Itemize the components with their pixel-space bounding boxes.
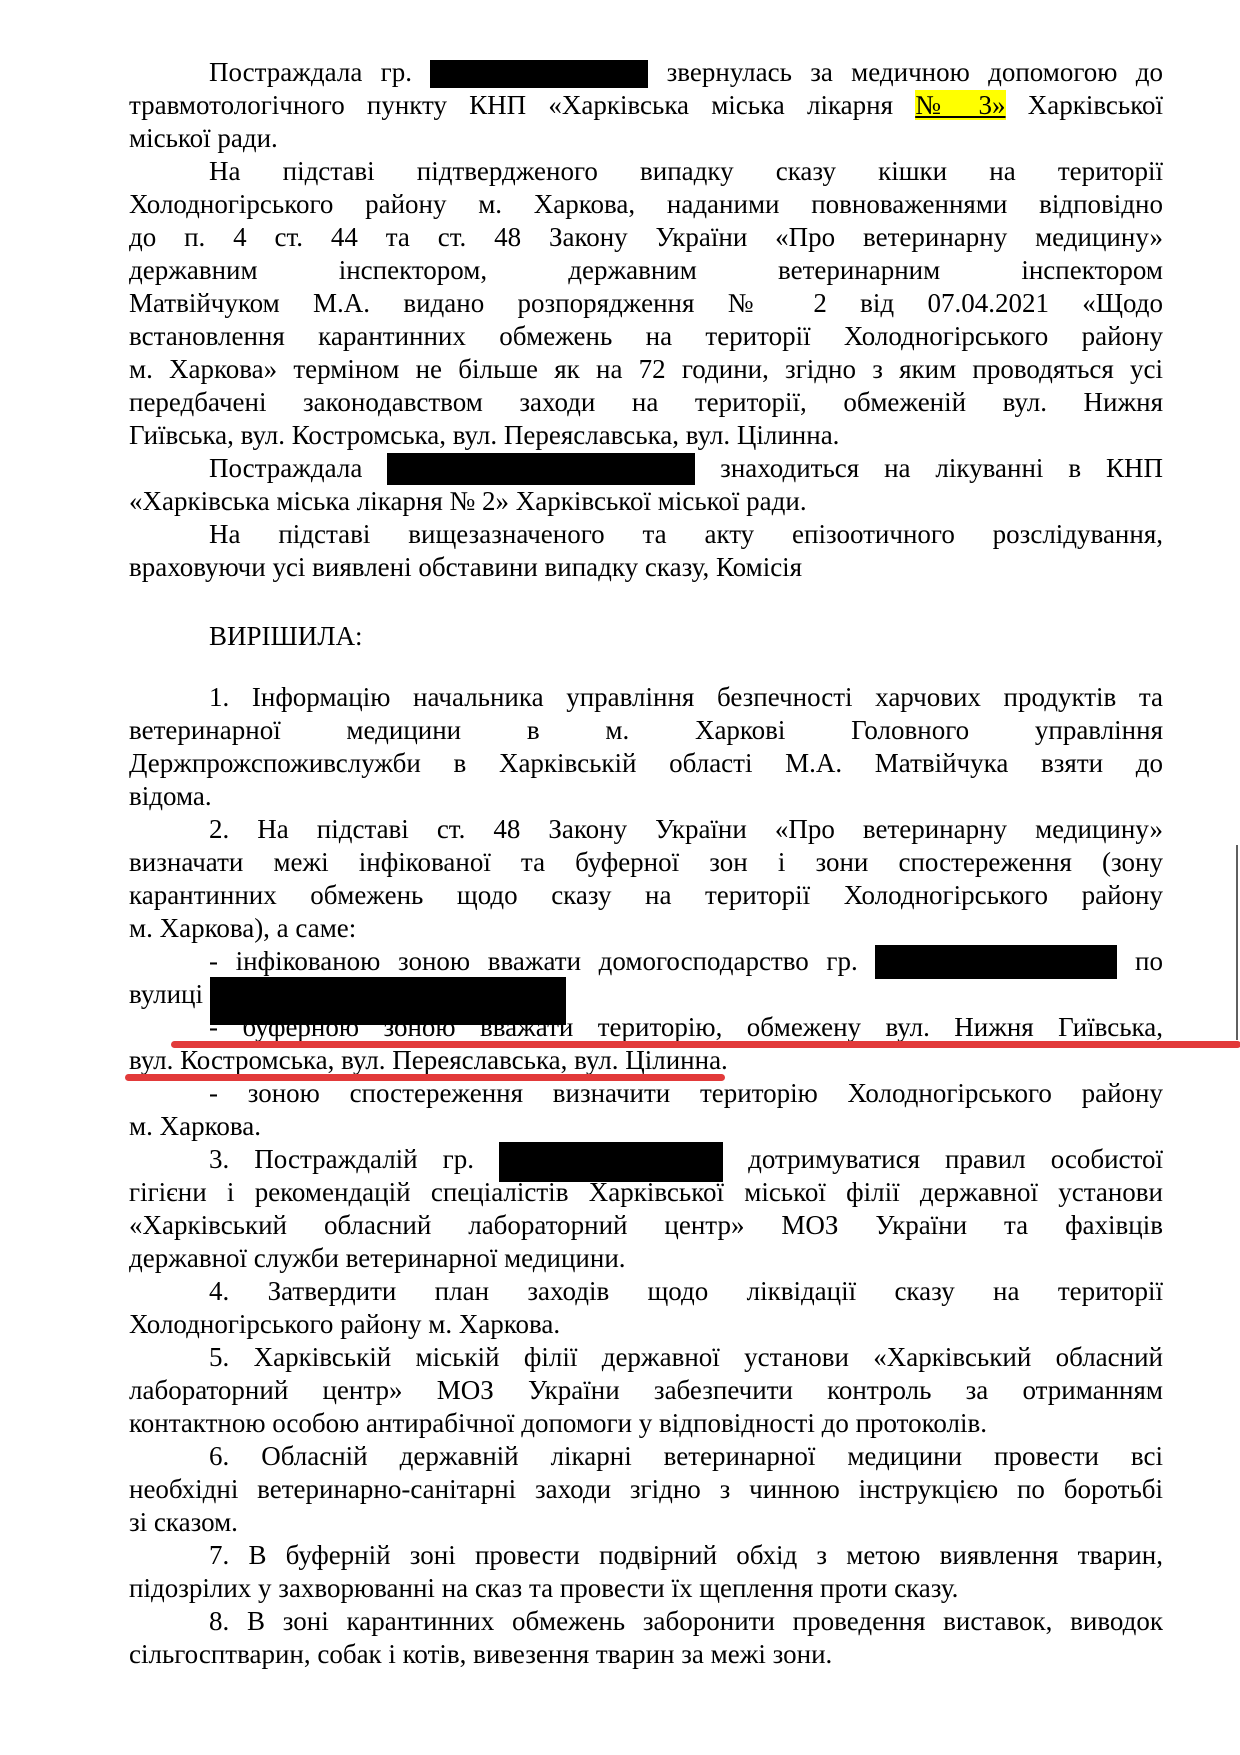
text-line: карантинних обмежень щодо сказу на терит… [129, 879, 1163, 912]
item-7: 7. В буферній зоні провести подвірний об… [129, 1539, 1163, 1605]
text-run: Холодногірського району м. Харкова, нада… [129, 189, 1163, 219]
text-line: передбачені законодавством заходи на тер… [129, 386, 1163, 419]
text-run: ВИРІШИЛА: [209, 621, 363, 651]
text-line: враховуючи усі виявлені обставини випадк… [129, 551, 1163, 584]
text-run: Гиївська, вул. Костромська, вул. Переясл… [129, 420, 839, 450]
text-run: державним інспектором, державним ветерин… [129, 255, 1163, 285]
text-run: травмотологічного пункту КНП «Харківська… [129, 90, 915, 120]
text-run: дотримуватися правил особистої [723, 1144, 1163, 1174]
item-4: 4. Затвердити план заходів щодо ліквідац… [129, 1275, 1163, 1341]
paragraph-victim-treatment: Постраждала знаходиться на лікуванні в К… [129, 452, 1163, 518]
text-line: травмотологічного пункту КНП «Харківська… [129, 89, 1163, 122]
item-2-infected-zone: - інфікованою зоною вважати домогосподар… [129, 945, 1163, 1011]
text-run: до п. 4 ст. 44 та ст. 48 Закону України … [129, 222, 1163, 252]
text-run: 8. В зоні карантинних обмежень заборонит… [209, 1606, 1163, 1636]
text-line: Холодногірського району м. Харкова. [129, 1308, 1163, 1341]
text-run: відома. [129, 781, 212, 811]
text-run: 1. Інформацію начальника управління безп… [209, 682, 1163, 712]
text-line: сільгосптварин, собак і котів, вивезення… [129, 1638, 1163, 1671]
text-run: «Харківський обласний лабораторний центр… [129, 1210, 1163, 1240]
text-line: вулиці [129, 978, 1163, 1011]
text-line: м. Харкова. [129, 1110, 1163, 1143]
text-run: 7. В буферній зоні провести подвірний об… [209, 1540, 1163, 1570]
text-line: - зоною спостереження визначити територі… [129, 1077, 1163, 1110]
text-line: Держпрожспоживслужби в Харківській облас… [129, 747, 1163, 780]
text-line: зі сказом. [129, 1506, 1163, 1539]
text-run: Харківської [1006, 90, 1163, 120]
text-line: м. Харкова» терміном не більше як на 72 … [129, 353, 1163, 386]
text-run: знаходиться на лікуванні в КНП [695, 453, 1163, 483]
redaction-box [387, 453, 695, 485]
text-line: «Харківська міська лікарня № 2» Харківсь… [129, 485, 1163, 518]
text-line: На підставі підтвердженого випадку сказу… [129, 155, 1163, 188]
item-8: 8. В зоні карантинних обмежень заборонит… [129, 1605, 1163, 1671]
text-run: м. Харкова» терміном не більше як на 72 … [129, 354, 1163, 384]
text-line: На підставі вищезазначеного та акту епіз… [129, 518, 1163, 551]
text-line: Постраждала знаходиться на лікуванні в К… [129, 452, 1163, 485]
text-line: встановлення карантинних обмежень на тер… [129, 320, 1163, 353]
text-line: міської ради. [129, 122, 1163, 155]
text-line: визначати межі інфікованої та буферної з… [129, 846, 1163, 879]
text-line: 6. Обласній державній лікарні ветеринарн… [129, 1440, 1163, 1473]
highlighted-text: № 3» [915, 90, 1005, 120]
text-run: лабораторний центр» МОЗ України забезпеч… [129, 1375, 1163, 1405]
redaction-box [875, 945, 1117, 979]
text-line: лабораторний центр» МОЗ України забезпеч… [129, 1374, 1163, 1407]
text-line: гігієни і рекомендацій спеціалістів Харк… [129, 1176, 1163, 1209]
text-line: ветеринарної медицини в м. Харкові Голов… [129, 714, 1163, 747]
text-line: державної служби ветеринарної медицини. [129, 1242, 1163, 1275]
item-2-buffer-zone: - буферною зоною вважати територію, обме… [129, 1011, 1163, 1077]
text-line: контактною особою антирабічної допомоги … [129, 1407, 1163, 1440]
text-run: Постраждала [209, 453, 387, 483]
text-run: сільгосптварин, собак і котів, вивезення… [129, 1639, 832, 1669]
text-run: м. Харкова. [129, 1111, 261, 1141]
text-line: м. Харкова), а саме: [129, 912, 1163, 945]
text-run: необхідні ветеринарно-санітарні заходи з… [129, 1474, 1163, 1504]
text-line-red-underlined: вул. Костромська, вул. Переяславська, ву… [129, 1044, 1163, 1077]
text-line: державним інспектором, державним ветерин… [129, 254, 1163, 287]
text-line: - інфікованою зоною вважати домогосподар… [129, 945, 1163, 978]
text-line: 3. Постраждалій гр. дотримуватися правил… [129, 1143, 1163, 1176]
text-run: 5. Харківській міській філії державної у… [209, 1342, 1163, 1372]
document-page: Постраждала гр. звернулась за медичною д… [0, 0, 1240, 1755]
item-6: 6. Обласній державній лікарні ветеринарн… [129, 1440, 1163, 1539]
redaction-box [430, 60, 648, 88]
text-line: Гиївська, вул. Костромська, вул. Переясл… [129, 419, 1163, 452]
text-run: Держпрожспоживслужби в Харківській облас… [129, 748, 1163, 778]
text-line: підозрілих у захворюванні на сказ та про… [129, 1572, 1163, 1605]
paragraph-basis-order: На підставі підтвердженого випадку сказу… [129, 155, 1163, 452]
text-line-red-underlined: - буферною зоною вважати територію, обме… [129, 1011, 1163, 1044]
text-run: карантинних обмежень щодо сказу на терит… [129, 880, 1163, 910]
text-run: передбачені законодавством заходи на тер… [129, 387, 1163, 417]
text-line: 2. На підставі ст. 48 Закону України «Пр… [129, 813, 1163, 846]
paragraph-intro-victim: Постраждала гр. звернулась за медичною д… [129, 56, 1163, 155]
text-run: - буферною зоною вважати територію, обме… [209, 1012, 1163, 1042]
text-line: до п. 4 ст. 44 та ст. 48 Закону України … [129, 221, 1163, 254]
text-line: 7. В буферній зоні провести подвірний об… [129, 1539, 1163, 1572]
text-line: 4. Затвердити план заходів щодо ліквідац… [129, 1275, 1163, 1308]
text-run: 4. Затвердити план заходів щодо ліквідац… [209, 1276, 1163, 1306]
paragraph-commission: На підставі вищезазначеного та акту епіз… [129, 518, 1163, 584]
text-run: визначати межі інфікованої та буферної з… [129, 847, 1163, 877]
text-line: Матвійчуком М.А. видано розпорядження № … [129, 287, 1163, 320]
text-line: 8. В зоні карантинних обмежень заборонит… [129, 1605, 1163, 1638]
text-run: міської ради. [129, 123, 278, 153]
text-line: Постраждала гр. звернулась за медичною д… [129, 56, 1163, 89]
text-line: 5. Харківській міській філії державної у… [129, 1341, 1163, 1374]
text-run: враховуючи усі виявлені обставини випадк… [129, 552, 802, 582]
decision-heading: ВИРІШИЛА: [129, 620, 1163, 653]
text-run: «Харківська міська лікарня № 2» Харківсь… [129, 486, 807, 516]
text-line: 1. Інформацію начальника управління безп… [129, 681, 1163, 714]
text-run: встановлення карантинних обмежень на тер… [129, 321, 1163, 351]
text-run: контактною особою антирабічної допомоги … [129, 1408, 987, 1438]
text-line: Холодногірського району м. Харкова, нада… [129, 188, 1163, 221]
text-line: ВИРІШИЛА: [129, 620, 1163, 653]
text-line: «Харківський обласний лабораторний центр… [129, 1209, 1163, 1242]
text-run: 3. Постраждалій гр. [209, 1144, 499, 1174]
scan-edge-artifact-line [1236, 845, 1238, 1040]
item-1: 1. Інформацію начальника управління безп… [129, 681, 1163, 813]
text-run: по [1117, 946, 1163, 976]
text-line: відома. [129, 780, 1163, 813]
text-run: 2. На підставі ст. 48 Закону України «Пр… [209, 814, 1163, 844]
item-2: 2. На підставі ст. 48 Закону України «Пр… [129, 813, 1163, 945]
text-run: м. Харкова), а саме: [129, 913, 356, 943]
text-run: Постраждала гр. [209, 57, 430, 87]
text-run: Матвійчуком М.А. видано розпорядження № … [129, 288, 1163, 318]
text-block: Постраждала гр. звернулась за медичною д… [129, 56, 1163, 1671]
item-3: 3. Постраждалій гр. дотримуватися правил… [129, 1143, 1163, 1275]
text-run: вулиці [129, 979, 210, 1009]
text-run: ветеринарної медицини в м. Харкові Голов… [129, 715, 1163, 745]
item-2-observation-zone: - зоною спостереження визначити територі… [129, 1077, 1163, 1143]
text-run: - зоною спостереження визначити територі… [209, 1078, 1163, 1108]
text-run: підозрілих у захворюванні на сказ та про… [129, 1573, 958, 1603]
text-line: необхідні ветеринарно-санітарні заходи з… [129, 1473, 1163, 1506]
text-run: гігієни і рекомендацій спеціалістів Харк… [129, 1177, 1163, 1207]
text-run: На підставі вищезазначеного та акту епіз… [209, 519, 1163, 549]
text-run: 6. Обласній державній лікарні ветеринарн… [209, 1441, 1163, 1471]
text-run: На підставі підтвердженого випадку сказу… [209, 156, 1163, 186]
item-5: 5. Харківській міській філії державної у… [129, 1341, 1163, 1440]
text-run: звернулась за медичною допомогою до [648, 57, 1163, 87]
text-run: вул. Костромська, вул. Переяславська, ву… [129, 1045, 728, 1075]
text-run: Холодногірського району м. Харкова. [129, 1309, 560, 1339]
text-run: зі сказом. [129, 1507, 238, 1537]
text-run: - інфікованою зоною вважати домогосподар… [209, 946, 875, 976]
text-run: державної служби ветеринарної медицини. [129, 1243, 626, 1273]
